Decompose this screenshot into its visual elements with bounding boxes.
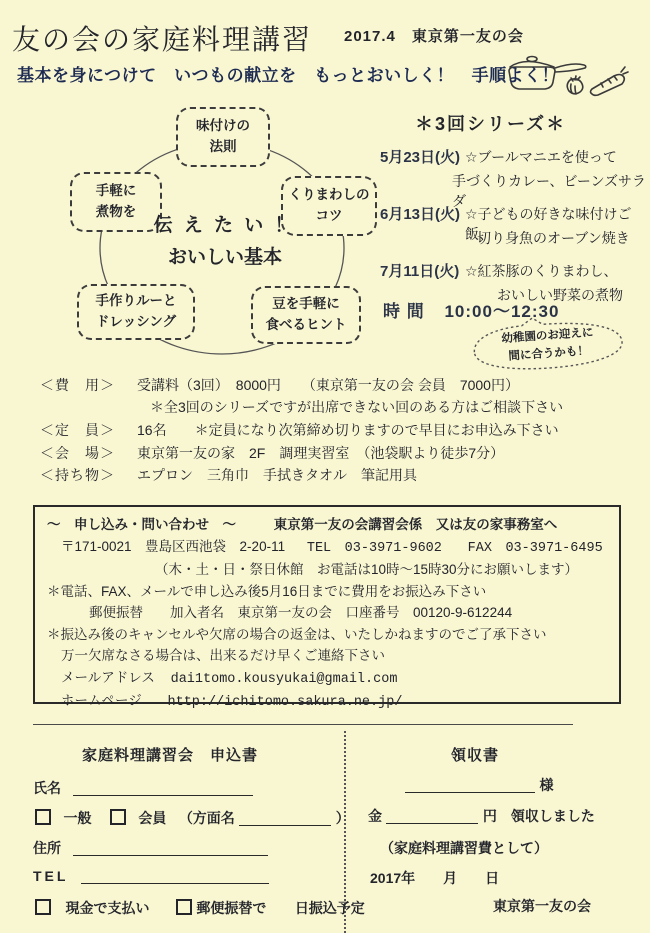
session2-date: 6月13日(火) [380, 203, 460, 224]
fee-text: 受講料（3回） 8000円 （東京第一友の会 会員 7000円） [137, 375, 519, 395]
amount-field-line [386, 808, 478, 824]
receipt-amount-row: 金 円 領収しました [368, 806, 595, 826]
session1-menu1: ☆ブールマニエを使って [465, 147, 617, 167]
name-label: 氏名 [33, 780, 61, 796]
venue-text: 東京第一友の家 2F 調理実習室 （池袋駅より徒歩7分） [137, 443, 504, 463]
area-name-field-line [239, 810, 331, 826]
email-address: dai1tomo.kousyukai@gmail.com [171, 672, 398, 687]
postal-transfer-label: 郵便振替で [196, 900, 266, 916]
receipt-addressee-suffix: 様 [539, 777, 553, 793]
contact-box: ～ 申し込み・問い合わせ ～ 東京第一友の会講習会係 又は友の家事務室へ 〒17… [33, 505, 621, 704]
session3-date: 7月11日(火) [380, 260, 459, 281]
refund-note-2: 万一欠席なさる場合は、出来るだけ早くご連絡下さい [47, 645, 607, 667]
area-name-prefix: （方面名 [179, 810, 235, 826]
cash-checkbox [35, 899, 51, 915]
tel-row: TEL [33, 868, 269, 886]
receipt-purpose: （家庭料理講習費として） [380, 838, 548, 858]
venue-label: ＜会 場＞ [40, 443, 115, 463]
postal-transfer-checkbox [176, 899, 192, 915]
homepage-row: ホームページ http://ichitomo.sakura.ne.jp/ [47, 690, 607, 714]
payment-deadline-note: ＊電話、FAX、メールで申し込み後5月16日までに費用をお振込み下さい [47, 581, 607, 603]
fee-label: ＜費 用＞ [40, 375, 115, 395]
capacity-label: ＜定 員＞ [40, 420, 115, 440]
diagram-bubble-roux: 手作りルーと ドレッシング [77, 284, 195, 340]
email-label: メールアドレス [61, 670, 155, 685]
name-field-line [73, 780, 253, 796]
receipt-issuer: 東京第一友の会 [493, 896, 591, 916]
contact-heading: ～ 申し込み・問い合わせ ～ 東京第一友の会講習会係 又は友の家事務室へ [47, 514, 607, 536]
receipt-title: 領収書 [355, 744, 595, 765]
flyer-page: 友の会の家庭料理講習 2017.4 東京第一友の会 基本を身につけて いつもの献… [0, 0, 650, 933]
cash-label: 現金で支払い [65, 900, 149, 916]
address-row: 住所 [33, 838, 268, 858]
page-title: 友の会の家庭料理講習 [12, 18, 312, 58]
amount-suffix: 円 領収しました [483, 808, 595, 824]
session2-menu2: 切り身魚のオーブン焼き [477, 228, 630, 248]
tagline: 基本を身につけて いつもの献立を もっとおいしく！ 手順よく！ [17, 61, 559, 86]
time-label: 時 間 [383, 302, 425, 321]
member-label: 会員 [138, 810, 166, 826]
area-name-suffix: ） [336, 810, 350, 826]
contact-hours: （木・土・日・祭日休館 お電話は10時～15時30分にお願いします） [47, 559, 607, 581]
address-label: 住所 [33, 840, 61, 856]
receipt-addressee-line [405, 777, 535, 793]
email-row: メールアドレス dai1tomo.kousyukai@gmail.com [47, 667, 607, 691]
diagram-bubble-simmer: 手軽に 煮物を [70, 172, 162, 232]
homepage-label: ホームページ [61, 693, 142, 708]
application-form-title: 家庭料理講習会 申込書 [45, 744, 295, 765]
tel-field-line [81, 868, 269, 884]
postal-address: 〒171-0021 豊島区西池袋 2-20-11 [61, 539, 285, 554]
receipt-date: 2017年 月 日 [370, 868, 499, 888]
bring-label: ＜持ち物＞ [40, 465, 115, 485]
address-field-line [73, 840, 268, 856]
membership-row: 一般 会員 （方面名 ） [35, 808, 350, 828]
contact-address-row: 〒171-0021 豊島区西池袋 2-20-11 TEL 03-3971-960… [47, 536, 607, 560]
refund-note-1: ＊振込み後のキャンセルや欠席の場合の返金は、いたしかねますのでご了承下さい [47, 624, 607, 646]
diagram-bubble-seasoning: 味付けの 法則 [176, 107, 270, 167]
session3-menu1: ☆紅茶豚のくりまわし、 [465, 261, 618, 281]
session1-date: 5月23日(火) [380, 146, 460, 167]
transfer-date-label: 日振込予定 [295, 900, 365, 916]
diagram-center-text: 伝 え た い ！ おいしい基本 [150, 210, 300, 275]
cut-line [33, 724, 573, 725]
name-row: 氏名 [33, 778, 253, 798]
member-checkbox [110, 809, 126, 825]
diagram-bubble-beans: 豆を手軽に 食べるヒント [251, 286, 361, 344]
capacity-text: 16名 ＊定員になり次第締め切りますので早目にお申込み下さい [137, 420, 559, 440]
amount-prefix: 金 [368, 808, 382, 824]
series-header: ＊3回シリーズ＊ [415, 110, 566, 136]
general-checkbox [35, 809, 51, 825]
payment-method-row: 現金で支払い 郵便振替で 日振込予定 [35, 898, 365, 918]
general-label: 一般 [63, 810, 91, 826]
tel-number: TEL 03-3971-9602 [307, 541, 442, 556]
fee-note: ＊全3回のシリーズですが出席できない回のある方はご相談下さい [150, 397, 563, 417]
bring-text: エプロン 三角巾 手拭きタオル 筆記用具 [137, 465, 417, 485]
homepage-url: http://ichitomo.sakura.ne.jp/ [168, 695, 403, 710]
postal-transfer-info: 郵便振替 加入者名 東京第一友の会 口座番号 00120-9-612244 [47, 602, 607, 624]
tel-label: TEL [33, 868, 68, 884]
fax-number: FAX 03-3971-6495 [468, 541, 603, 556]
receipt-addressee-row: 様 [405, 775, 553, 795]
pickup-note-bubble: 幼稚園のお迎えに 間に合うかも！ [466, 310, 630, 377]
